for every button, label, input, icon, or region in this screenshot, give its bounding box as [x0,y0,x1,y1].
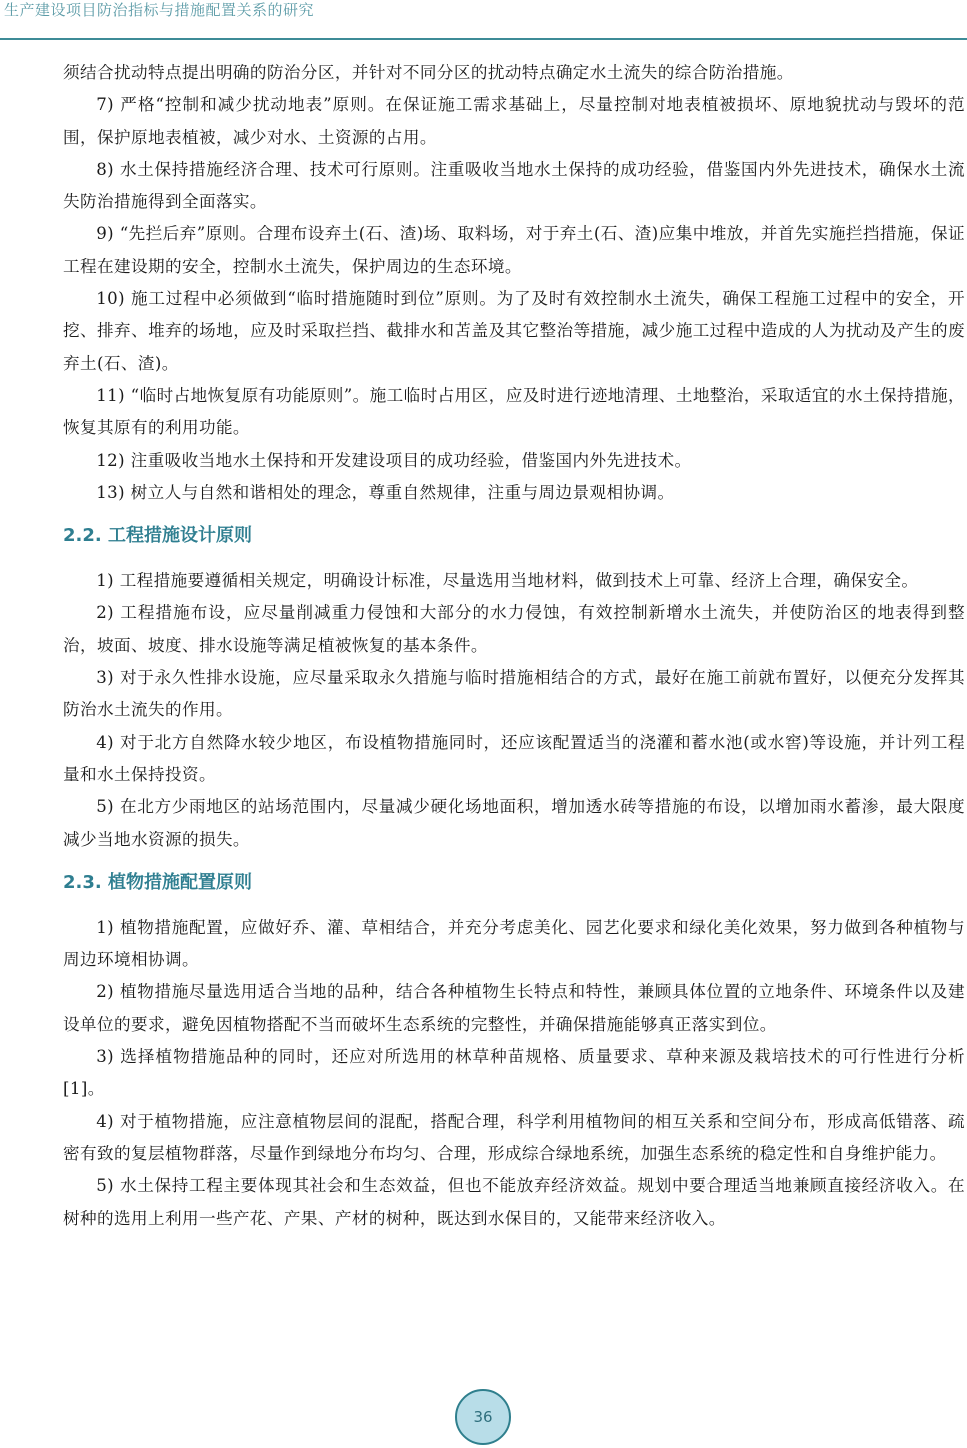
page-number-badge: 36 [455,1389,511,1445]
principle-9: 9) “先拦后弃”原则。合理布设弃土(石、渣)场、取料场，对于弃土(石、渣)应集… [63,218,965,283]
page-number: 36 [473,1408,492,1426]
engineering-paragraph-5: 5) 在北方少雨地区的站场范围内，尽量减少硬化场地面积，增加透水砖等措施的布设，… [63,791,965,856]
principle-8: 8) 水土保持措施经济合理、技术可行原则。注重吸收当地水土保持的成功经验，借鉴国… [63,154,965,219]
vegetation-paragraph-4: 4) 对于植物措施，应注意植物层间的混配，搭配合理，科学利用植物间的相互关系和空… [63,1106,965,1171]
section-heading-2-2: 2.2. 工程措施设计原则 [63,521,965,551]
principle-10: 10) 施工过程中必须做到“临时措施随时到位”原则。为了及时有效控制水土流失，确… [63,283,965,380]
section-heading-2-3: 2.3. 植物措施配置原则 [63,868,965,898]
principle-7: 7) 严格“控制和减少扰动地表”原则。在保证施工需求基础上，尽量控制对地表植被损… [63,89,965,154]
vegetation-paragraph-3: 3) 选择植物措施品种的同时，还应对所选用的林草种苗规格、质量要求、草种来源及栽… [63,1041,965,1106]
principle-11: 11) “临时占地恢复原有功能原则”。施工临时占用区，应及时进行迹地清理、土地整… [63,380,965,445]
principle-13: 13) 树立人与自然和谐相处的理念，尊重自然规律，注重与周边景观相协调。 [63,477,965,509]
principle-12: 12) 注重吸收当地水土保持和开发建设项目的成功经验，借鉴国内外先进技术。 [63,445,965,477]
engineering-paragraph-3: 3) 对于永久性排水设施，应尽量采取永久措施与临时措施相结合的方式，最好在施工前… [63,662,965,727]
header-divider [0,38,967,40]
engineering-paragraph-2: 2) 工程措施布设，应尽量削减重力侵蚀和大部分的水力侵蚀，有效控制新增水土流失，… [63,597,965,662]
engineering-paragraph-1: 1) 工程措施要遵循相关规定，明确设计标准，尽量选用当地材料，做到技术上可靠、经… [63,565,965,597]
vegetation-paragraph-2: 2) 植物措施尽量选用适合当地的品种，结合各种植物生长特点和特性，兼顾具体位置的… [63,976,965,1041]
paragraph-continuation: 须结合扰动特点提出明确的防治分区，并针对不同分区的扰动特点确定水土流失的综合防治… [63,57,965,89]
vegetation-paragraph-1: 1) 植物措施配置，应做好乔、灌、草相结合，并充分考虑美化、园艺化要求和绿化美化… [63,912,965,977]
running-head-title: 生产建设项目防治指标与措施配置关系的研究 [4,0,314,20]
vegetation-paragraph-5: 5) 水土保持工程主要体现其社会和生态效益，但也不能放弃经济效益。规划中要合理适… [63,1170,965,1235]
page-body: 须结合扰动特点提出明确的防治分区，并针对不同分区的扰动特点确定水土流失的综合防治… [63,57,965,1235]
engineering-paragraph-4: 4) 对于北方自然降水较少地区，布设植物措施同时，还应该配置适当的浇灌和蓄水池(… [63,727,965,792]
